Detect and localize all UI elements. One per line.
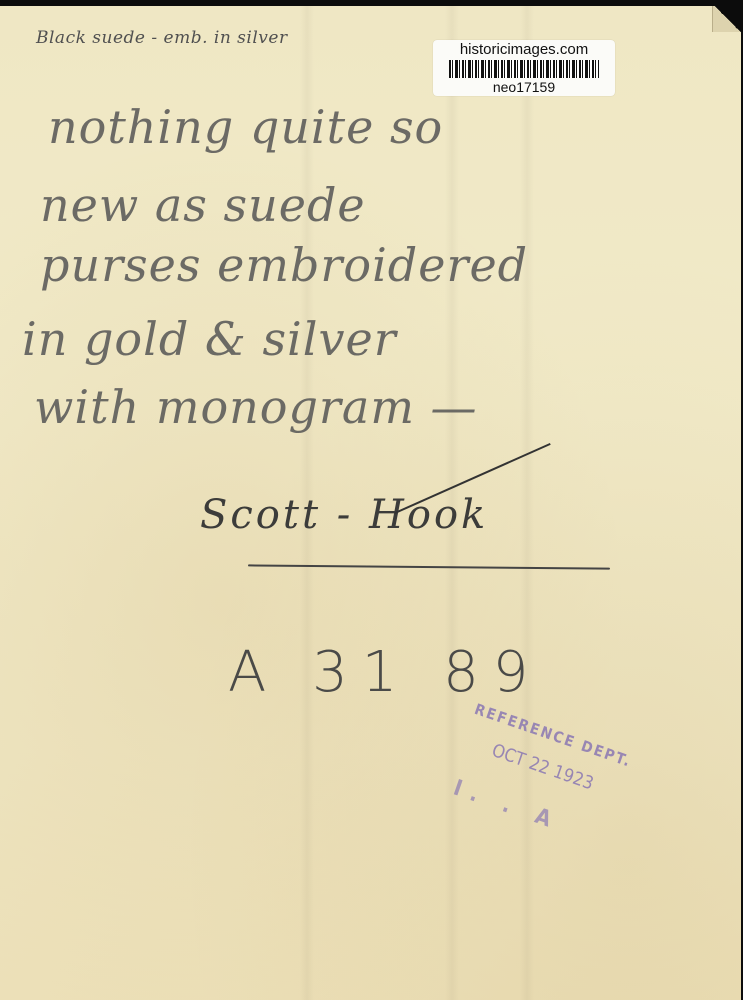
- folded-corner: [712, 6, 742, 32]
- signature: Scott - Hook: [200, 492, 488, 538]
- caption-line-1: nothing quite so: [48, 100, 443, 154]
- caption-line-3: purses embroidered: [40, 238, 528, 292]
- reference-number: A 31 89: [228, 640, 542, 705]
- top-pencil-note: Black suede - emb. in silver: [36, 28, 288, 48]
- paper-streak: [520, 6, 534, 1000]
- barcode-icon: [449, 60, 599, 78]
- archive-label: historicimages.com neo17159: [433, 40, 615, 96]
- caption-line-4: in gold & silver: [22, 312, 397, 366]
- caption-line-5: with monogram —: [34, 380, 478, 434]
- label-site-name: historicimages.com: [433, 42, 615, 58]
- label-id: neo17159: [433, 79, 615, 95]
- caption-line-2: new as suede: [40, 178, 366, 232]
